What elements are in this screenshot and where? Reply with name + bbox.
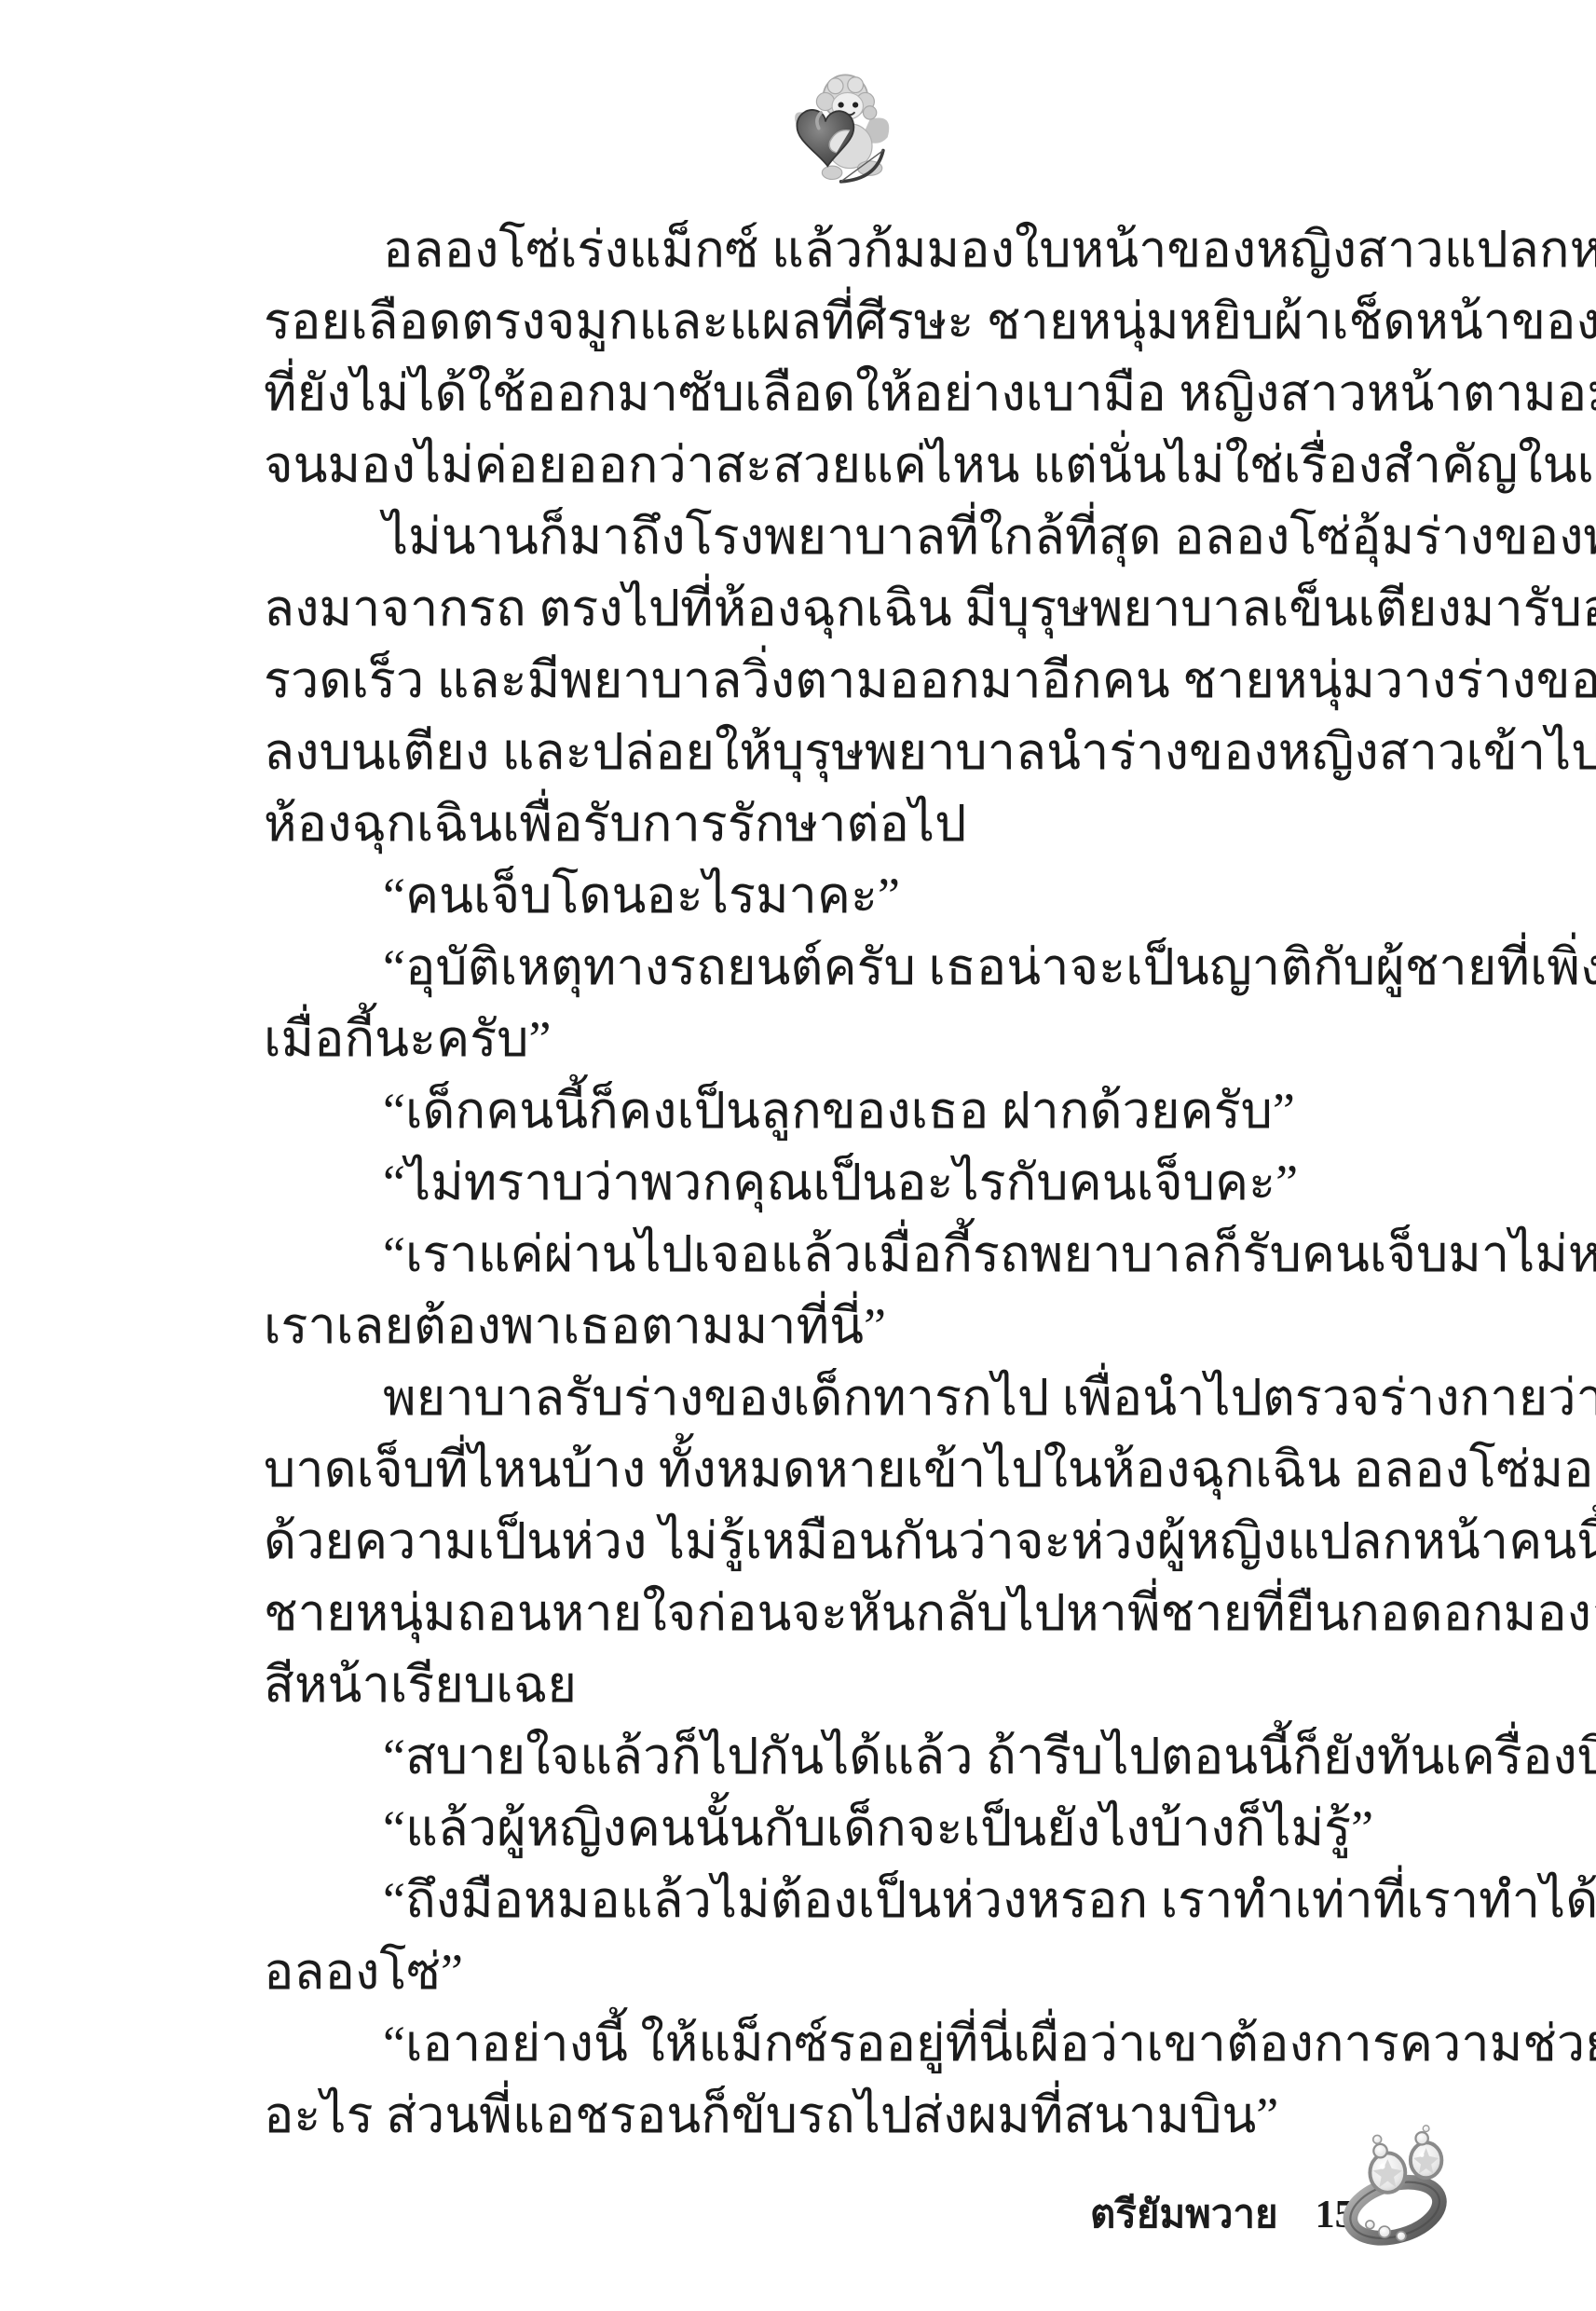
body-text: อลองโซ่เร่งแม็กซ์ แล้วก้มมองใบหน้าของหญิ…	[264, 214, 1436, 2152]
text-line: “สบายใจแล้วก็ไปกันได้แล้ว ถ้ารีบไปตอนนี้…	[264, 1721, 1436, 1793]
text-line: “คนเจ็บโดนอะไรมาคะ”	[264, 860, 1436, 932]
text-line: “ถึงมือหมอแล้วไม่ต้องเป็นห่วงหรอก เราทำเ…	[264, 1865, 1436, 1936]
text-line: “อุบัติเหตุทางรถยนต์ครับ เธอน่าจะเป็นญาต…	[264, 932, 1436, 1004]
text-line: “เอาอย่างนี้ ให้แม็กซ์รออยู่ที่นี่เผื่อว…	[264, 2008, 1436, 2080]
text-line: พยาบาลรับร่างของเด็กทารกไป เพื่อนำไปตรวจ…	[264, 1362, 1436, 1434]
text-line: ห้องฉุกเฉินเพื่อรับการรักษาต่อไป	[264, 788, 1436, 860]
text-line: เราเลยต้องพาเธอตามมาที่นี่”	[264, 1291, 1436, 1362]
cupid-heart-illustration	[787, 73, 899, 188]
text-line: “เราแค่ผ่านไปเจอแล้วเมื่อกี้รถพยาบาลก็รั…	[264, 1219, 1436, 1291]
text-line: บาดเจ็บที่ไหนบ้าง ทั้งหมดหายเข้าไปในห้อง…	[264, 1434, 1436, 1506]
book-title: ตรียัมพวาย	[1090, 2194, 1278, 2236]
diamond-ring-icon	[1330, 2125, 1466, 2255]
text-line: ชายหนุ่มถอนหายใจก่อนจะหันกลับไปหาพี่ชายท…	[264, 1578, 1436, 1649]
text-line: อลองโซ่”	[264, 1936, 1436, 2008]
text-line: “เด็กคนนี้ก็คงเป็นลูกของเธอ ฝากด้วยครับ”	[264, 1075, 1436, 1147]
diamond-ring-illustration	[1330, 2125, 1466, 2255]
text-line: ด้วยความเป็นห่วง ไม่รู้เหมือนกันว่าจะห่ว…	[264, 1506, 1436, 1578]
text-line: “แล้วผู้หญิงคนนั้นกับเด็กจะเป็นยังไงบ้าง…	[264, 1793, 1436, 1865]
page-footer: ตรียัมพวาย15	[1090, 2192, 1304, 2238]
text-line: ไม่นานก็มาถึงโรงพยาบาลที่ใกล้ที่สุด อลอง…	[264, 501, 1436, 573]
text-line: รวดเร็ว และมีพยาบาลวิ่งตามออกมาอีกคน ชาย…	[264, 645, 1436, 717]
text-line: เมื่อกี้นะครับ”	[264, 1004, 1436, 1075]
text-line: ที่ยังไม่ได้ใช้ออกมาซับเลือดให้อย่างเบาม…	[264, 358, 1436, 430]
text-line: ลงมาจากรถ ตรงไปที่ห้องฉุกเฉิน มีบุรุษพยา…	[264, 573, 1436, 645]
text-line: จนมองไม่ค่อยออกว่าสะสวยแค่ไหน แต่นั่นไม่…	[264, 430, 1436, 501]
book-page: อลองโซ่เร่งแม็กซ์ แล้วก้มมองใบหน้าของหญิ…	[0, 0, 1596, 2311]
cupid-heart-icon	[787, 73, 899, 188]
text-line: รอยเลือดตรงจมูกและแผลที่ศีรษะ ชายหนุ่มหย…	[264, 286, 1436, 358]
text-line: ลงบนเตียง และปล่อยให้บุรุษพยาบาลนำร่างขอ…	[264, 717, 1436, 788]
text-line: อลองโซ่เร่งแม็กซ์ แล้วก้มมองใบหน้าของหญิ…	[264, 214, 1436, 286]
text-line: “ไม่ทราบว่าพวกคุณเป็นอะไรกับคนเจ็บคะ”	[264, 1147, 1436, 1219]
text-line: สีหน้าเรียบเฉย	[264, 1649, 1436, 1721]
text-line: อะไร ส่วนพี่แอชรอนก็ขับรถไปส่งผมที่สนามบ…	[264, 2080, 1436, 2152]
